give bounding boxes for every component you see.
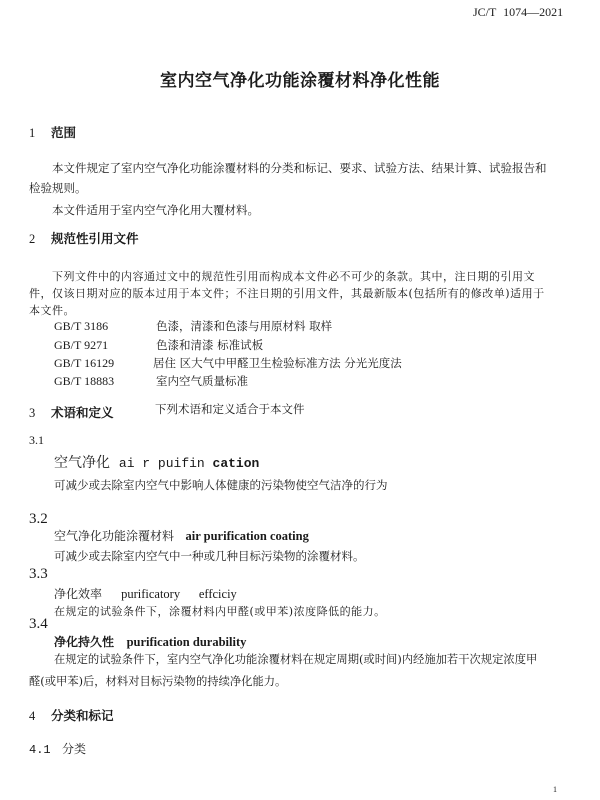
reference-name: 室内空气质量标准: [156, 374, 248, 388]
reference-item: GB/T 3186色漆，清漆和色漆与用原材料 取样: [54, 318, 332, 334]
term-definition-line2: 醛(或甲苯)后，材料对目标污染物的持续净化能力。: [29, 673, 286, 689]
term-en-part: cation: [213, 456, 260, 471]
section-number: 1: [29, 126, 51, 141]
section-number: 2: [29, 232, 51, 247]
section-4-heading: 4分类和标记: [29, 706, 114, 724]
term-heading: 净化效率 purificatory effciciy: [54, 585, 237, 602]
term-definition: 可减少或去除室内空气中一种或几种目标污染物的涂覆材料。: [54, 548, 365, 564]
reference-code: GB/T 18883: [54, 374, 156, 389]
term-en: purificatory effciciy: [121, 587, 237, 601]
section-3-heading: 3术语和定义: [29, 403, 114, 421]
term-en-part: ai r puifin: [119, 456, 213, 471]
reference-item: GB/T 9271色漆和清漆 标准试板: [54, 337, 263, 353]
term-zh: 空气净化: [54, 455, 110, 471]
reference-item: GB/T 18883室内空气质量标准: [54, 373, 248, 389]
term-zh: 空气净化功能涂覆材料: [54, 529, 174, 543]
section-number: 4: [29, 709, 51, 724]
scope-paragraph-2: 本文件适用于室内空气净化用大覆材料。: [52, 202, 259, 218]
term-en: air purification coating: [185, 529, 308, 543]
term-number: 3.2: [29, 511, 48, 528]
scope-paragraph-line1: 本文件规定了室内空气净化功能涂覆材料的分类和标记、要求、试验方法、结果计算、试验…: [52, 160, 547, 176]
term-definition-line1: 在规定的试验条件下，室内空气净化功能涂覆材料在规定周期(或时间)内经施加若干次规…: [54, 651, 537, 667]
reference-code: GB/T 16129: [54, 356, 153, 371]
subsection-4-1-heading: 4.1分类: [29, 740, 86, 757]
reference-name: 居住 区大气中甲醛卫生检验标准方法 分光光度法: [153, 356, 402, 370]
reference-item: GB/T 16129居住 区大气中甲醛卫生检验标准方法 分光光度法: [54, 355, 402, 371]
reference-code: GB/T 9271: [54, 338, 156, 353]
term-en: purification durability: [127, 635, 247, 649]
page-number: 1: [553, 785, 557, 794]
term-number: 3.1: [29, 433, 44, 448]
term-en: ai r puifin cation: [119, 456, 259, 471]
reference-name: 色漆，清漆和色漆与用原材料 取样: [156, 319, 332, 333]
references-paragraph-line2: 件，仅该日期对应的版本过用于本文件；不注日期的引用文件，其最新版本(包括所有的修…: [29, 285, 545, 301]
term-zh: 净化效率: [54, 587, 102, 601]
subsection-title: 分类: [62, 742, 86, 756]
reference-code: GB/T 3186: [54, 319, 156, 334]
term-number: 3.3: [29, 566, 48, 583]
term-definition: 在规定的试验条件下，涂覆材料内甲醛(或甲苯)浓度降低的能力。: [54, 603, 386, 619]
term-definition: 可减少或去除室内空气中影响人体健康的污染物使空气洁净的行为: [54, 477, 388, 493]
term-number: 3.4: [29, 616, 48, 633]
scope-paragraph-line2: 检验规则。: [29, 180, 87, 196]
section-title: 分类和标记: [51, 708, 114, 723]
section-number: 3: [29, 406, 51, 421]
term-heading: 空气净化功能涂覆材料 air purification coating: [54, 527, 309, 544]
section-1-heading: 1范围: [29, 123, 76, 141]
document-title: 室内空气净化功能涂覆材料净化性能: [0, 66, 600, 91]
reference-name: 色漆和清漆 标准试板: [156, 338, 263, 352]
references-paragraph-line1: 下列文件中的内容通过文中的规范性引用而构成本文件必不可少的条款。其中，注日期的引…: [52, 268, 535, 284]
term-heading: 空气净化 ai r puifin cation: [54, 452, 259, 472]
section-title: 规范性引用文件: [51, 231, 139, 246]
term-zh: 净化持久性: [54, 635, 114, 649]
terms-intro: 下列术语和定义适合于本文件: [155, 401, 305, 417]
section-title: 术语和定义: [51, 405, 114, 420]
section-2-heading: 2规范性引用文件: [29, 229, 139, 247]
standard-number: JC/T 1074—2021: [473, 5, 563, 20]
references-paragraph-line3: 本文件。: [29, 302, 75, 318]
term-heading: 净化持久性 purification durability: [54, 633, 246, 650]
section-title: 范围: [51, 125, 76, 140]
subsection-number: 4.1: [29, 743, 62, 757]
